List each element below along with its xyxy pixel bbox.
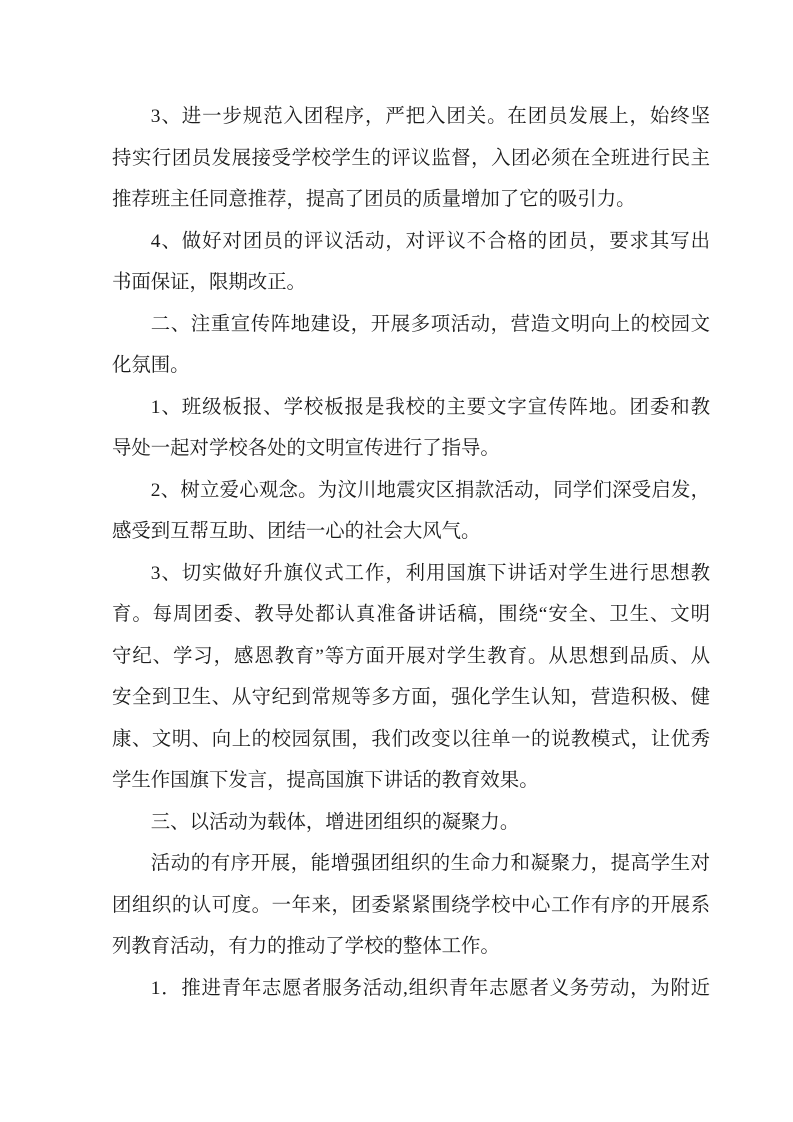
text-line: 2、树立爱心观念。为汶川地震灾区捐款活动，同学们深受启发，	[112, 470, 710, 512]
text-line: 持实行团员发展接受学校学生的评议监督，入团必须在全班进行民主	[112, 138, 710, 180]
text-line: 守纪、学习，感恩教育”等方面开展对学生教育。从思想到品质、从	[112, 636, 710, 678]
text-line: 化氛围。	[112, 345, 710, 387]
text-line: 活动的有序开展，能增强团组织的生命力和凝聚力，提高学生对	[112, 843, 710, 885]
text-line: 1、班级板报、学校板报是我校的主要文字宣传阵地。团委和教	[112, 387, 710, 429]
paragraph: 1、班级板报、学校板报是我校的主要文字宣传阵地。团委和教导处一起对学校各处的文明…	[112, 387, 710, 470]
text-line: 4、做好对团员的评议活动，对评议不合格的团员，要求其写出	[112, 221, 710, 263]
text-line: 育。每周团委、教导处都认真准备讲话稿，围绕“安全、卫生、文明	[112, 594, 710, 636]
paragraph: 活动的有序开展，能增强团组织的生命力和凝聚力，提高学生对团组织的认可度。一年来，…	[112, 843, 710, 968]
text-line: 安全到卫生、从守纪到常规等多方面，强化学生认知，营造积极、健	[112, 677, 710, 719]
text-line: 列教育活动，有力的推动了学校的整体工作。	[112, 926, 710, 968]
text-line: 3、切实做好升旗仪式工作，利用国旗下讲话对学生进行思想教	[112, 553, 710, 595]
text-line: 推荐班主任同意推荐，提高了团员的质量增加了它的吸引力。	[112, 179, 710, 221]
text-line: 学生作国旗下发言，提高国旗下讲话的教育效果。	[112, 760, 710, 802]
text-line: 三、以活动为载体，增进团组织的凝聚力。	[112, 802, 710, 844]
document-page: 3、进一步规范入团程序，严把入团关。在团员发展上，始终坚持实行团员发展接受学校学…	[0, 0, 793, 1122]
text-line: 1．推进青年志愿者服务活动,组织青年志愿者义务劳动，为附近	[112, 968, 710, 1010]
paragraph: 1．推进青年志愿者服务活动,组织青年志愿者义务劳动，为附近	[112, 968, 710, 1010]
paragraph: 3、切实做好升旗仪式工作，利用国旗下讲话对学生进行思想教育。每周团委、教导处都认…	[112, 553, 710, 802]
paragraph: 三、以活动为载体，增进团组织的凝聚力。	[112, 802, 710, 844]
paragraph: 3、进一步规范入团程序，严把入团关。在团员发展上，始终坚持实行团员发展接受学校学…	[112, 96, 710, 221]
text-line: 导处一起对学校各处的文明宣传进行了指导。	[112, 428, 710, 470]
text-line: 3、进一步规范入团程序，严把入团关。在团员发展上，始终坚	[112, 96, 710, 138]
paragraph: 2、树立爱心观念。为汶川地震灾区捐款活动，同学们深受启发，感受到互帮互助、团结一…	[112, 470, 710, 553]
text-line: 二、注重宣传阵地建设，开展多项活动，营造文明向上的校园文	[112, 304, 710, 346]
paragraph: 4、做好对团员的评议活动，对评议不合格的团员，要求其写出书面保证，限期改正。	[112, 221, 710, 304]
text-line: 团组织的认可度。一年来，团委紧紧围绕学校中心工作有序的开展系	[112, 885, 710, 927]
text-line: 感受到互帮互助、团结一心的社会大风气。	[112, 511, 710, 553]
document-body: 3、进一步规范入团程序，严把入团关。在团员发展上，始终坚持实行团员发展接受学校学…	[112, 96, 710, 1009]
text-line: 康、文明、向上的校园氛围，我们改变以往单一的说教模式，让优秀	[112, 719, 710, 761]
text-line: 书面保证，限期改正。	[112, 262, 710, 304]
paragraph: 二、注重宣传阵地建设，开展多项活动，营造文明向上的校园文化氛围。	[112, 304, 710, 387]
